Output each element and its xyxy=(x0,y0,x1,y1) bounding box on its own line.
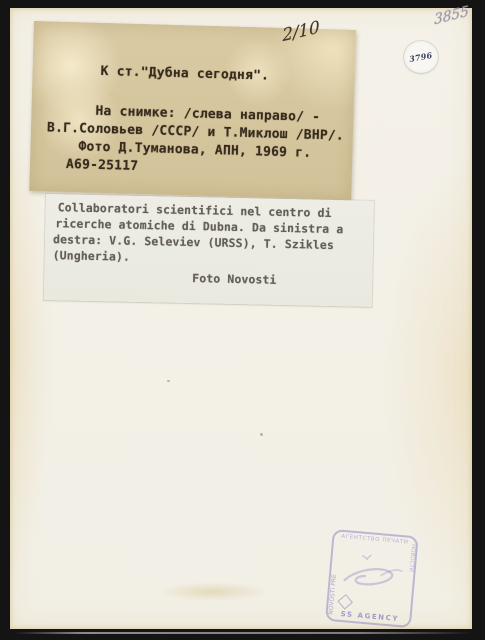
paper-speck xyxy=(260,433,263,436)
caption-line-credit: Фото Д.Туманова, АПН, 1969 г. xyxy=(78,140,311,159)
caption-line: (Ungheria). xyxy=(53,250,130,263)
agency-stamp: АГЕНТСТВО ПЕЧАТИ НОВОСТИ NOVOSTI PRE SS … xyxy=(325,529,419,628)
stamp-scribble xyxy=(327,531,416,626)
caption-label-russian: К ст."Дубна сегодня". На снимке: /слева … xyxy=(29,21,356,200)
photo-credit: Foto Novosti xyxy=(192,273,277,286)
handwritten-inventory-number: 3855 xyxy=(434,4,469,27)
frame-edge-highlight xyxy=(14,632,474,634)
caption-line-archive-code: А69-25117 xyxy=(66,158,139,173)
caption-strip-italian: Collaboratori scientifici nel centro di … xyxy=(44,194,374,307)
caption-line-title: К ст."Дубна сегодня". xyxy=(100,65,269,83)
photo-back-paper: К ст."Дубна сегодня". На снимке: /слева … xyxy=(10,8,472,629)
paper-speck xyxy=(167,380,170,382)
sticker-number: 3796 xyxy=(409,51,434,63)
archive-sticker: 3796 xyxy=(404,41,438,73)
caption-line: На снимке: /слева направо/ - xyxy=(95,105,320,124)
photo-frame: { "russian_label": { "handwritten_fracti… xyxy=(0,0,485,640)
